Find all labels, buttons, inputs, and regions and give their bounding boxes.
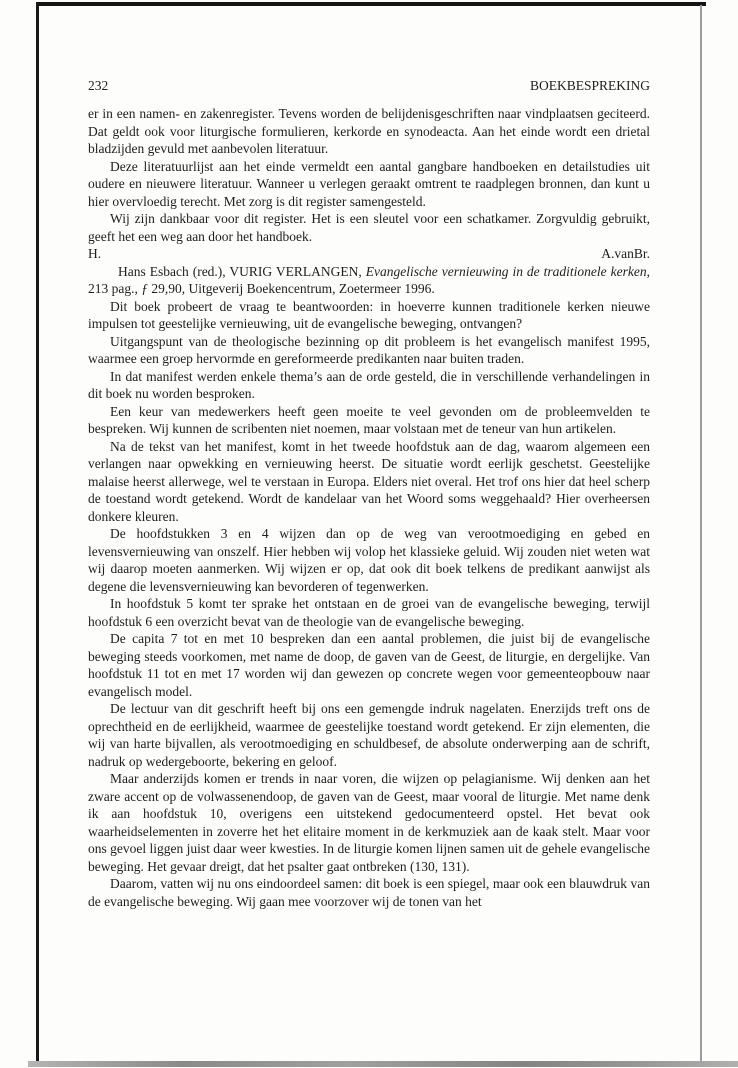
paragraph: Na de tekst van het manifest, komt in he… bbox=[88, 438, 650, 526]
review-body: Dit boek probeert de vraag te beantwoord… bbox=[88, 298, 650, 911]
paragraph: Maar anderzijds komen er trends in naar … bbox=[88, 770, 650, 875]
paragraph: er in een namen- en zakenregister. Teven… bbox=[88, 105, 650, 158]
citation-segment: Hans Esbach (red.), VURIG VERLANGEN, bbox=[118, 264, 366, 279]
previous-review-conclusion: er in een namen- en zakenregister. Teven… bbox=[88, 105, 650, 245]
signature-row: H. A.vanBr. bbox=[88, 245, 650, 263]
page-border-left bbox=[36, 2, 39, 1066]
citation-italic-segment: Evangelische vernieuwing in de tradition… bbox=[366, 264, 647, 279]
paragraph: Een keur van medewerkers heeft geen moei… bbox=[88, 403, 650, 438]
running-title: BOEKBESPREKING bbox=[530, 77, 650, 94]
paragraph: De lectuur van dit geschrift heeft bij o… bbox=[88, 700, 650, 770]
paragraph: Deze literatuurlijst aan het einde verme… bbox=[88, 158, 650, 211]
reviewer-initial: H. bbox=[88, 245, 101, 263]
citation-segment: 29,90, Uitgeverij Boekencentrum, Zoeterm… bbox=[148, 281, 435, 296]
page-edge-shadow-bottom bbox=[28, 1061, 738, 1067]
reviewer-name: A.vanBr. bbox=[601, 245, 650, 263]
paragraph: De capita 7 tot en met 10 bespreken dan … bbox=[88, 630, 650, 700]
paragraph: Dit boek probeert de vraag te beantwoord… bbox=[88, 298, 650, 333]
paragraph: In dat manifest werden enkele thema’s aa… bbox=[88, 368, 650, 403]
page-content: 232 BOEKBESPREKING er in een namen- en z… bbox=[88, 77, 650, 910]
page-border-right bbox=[700, 5, 702, 1061]
paragraph: In hoofdstuk 5 komt ter sprake het ontst… bbox=[88, 595, 650, 630]
page-number: 232 bbox=[88, 77, 108, 94]
paragraph: Wij zijn dankbaar voor dit register. Het… bbox=[88, 210, 650, 245]
citation-italic-segment: ƒ bbox=[141, 281, 148, 296]
page-border-top bbox=[36, 2, 706, 6]
page-body: er in een namen- en zakenregister. Teven… bbox=[88, 105, 650, 910]
paragraph: Uitgangspunt van de theologische bezinni… bbox=[88, 333, 650, 368]
page-header: 232 BOEKBESPREKING bbox=[88, 77, 650, 94]
scanned-book-page: 232 BOEKBESPREKING er in een namen- en z… bbox=[0, 0, 738, 1068]
paragraph: De hoofdstukken 3 en 4 wijzen dan op de … bbox=[88, 525, 650, 595]
paragraph: Daarom, vatten wij nu ons eindoordeel sa… bbox=[88, 875, 650, 910]
book-citation: Hans Esbach (red.), VURIG VERLANGEN, Eva… bbox=[88, 263, 650, 298]
